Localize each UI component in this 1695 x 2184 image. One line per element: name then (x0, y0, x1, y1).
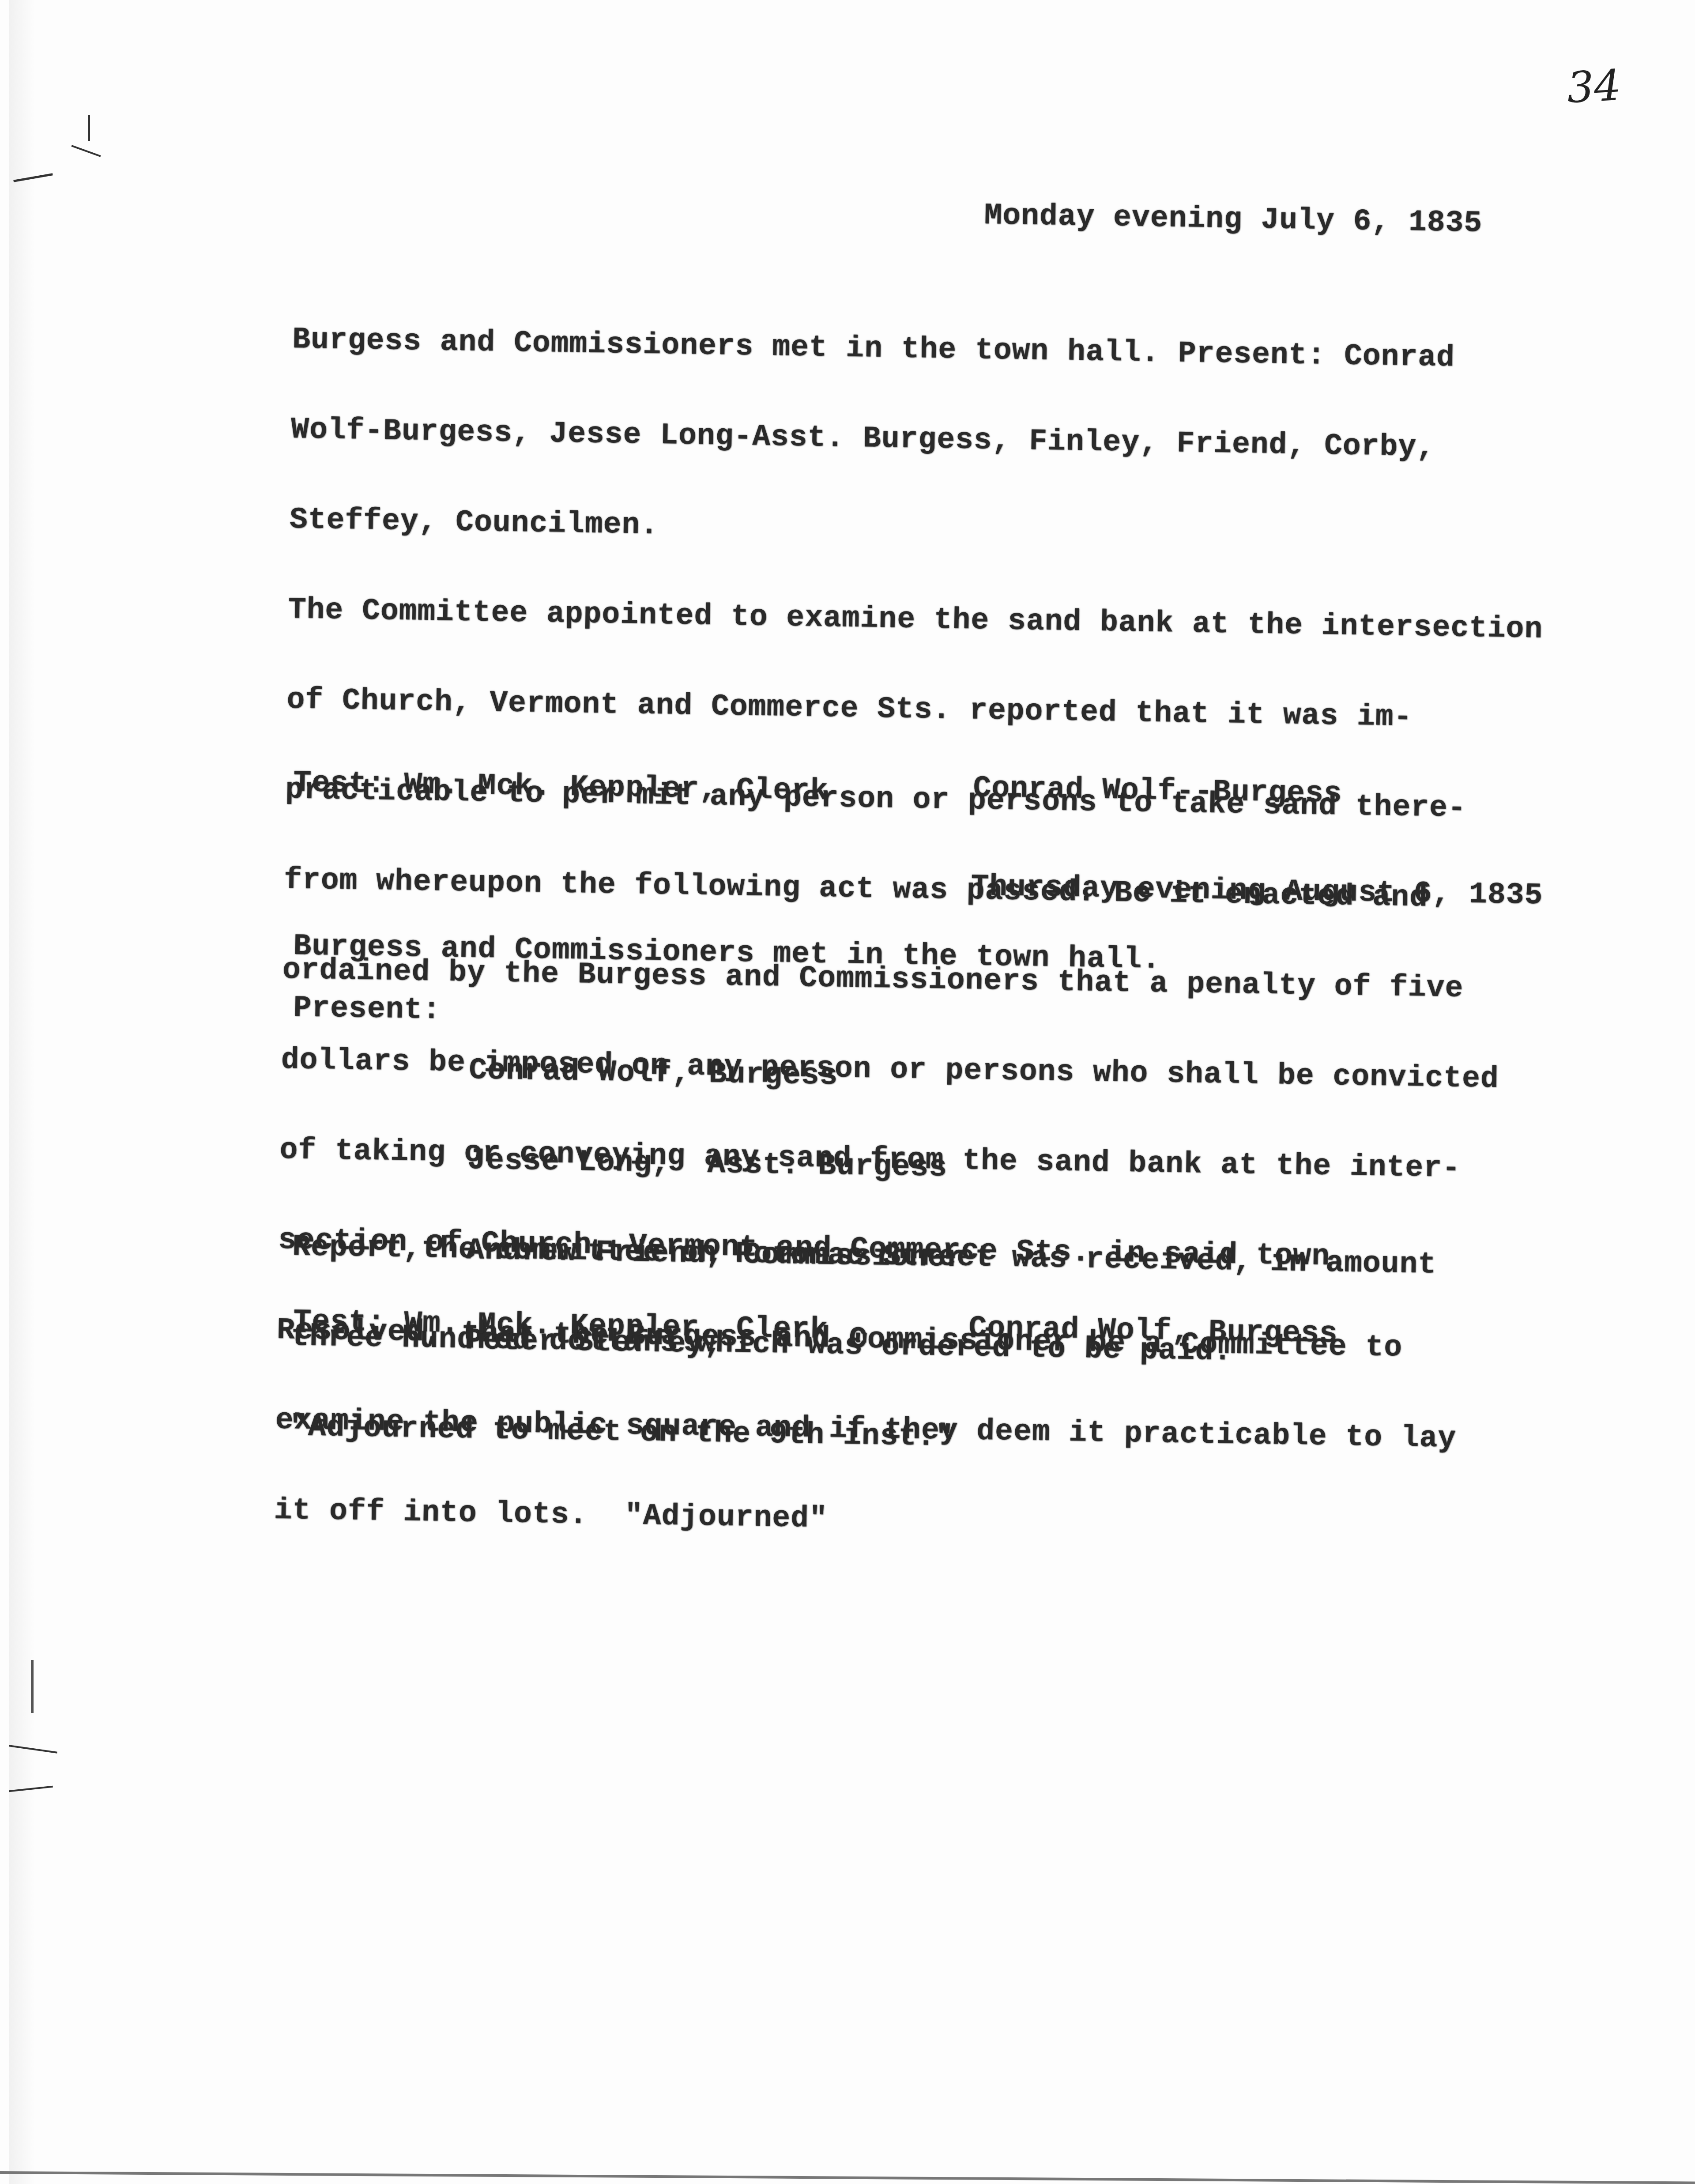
entry-2-present-label: Present: (293, 993, 441, 1026)
scan-bottom-edge-line (0, 2171, 1695, 2184)
entry-1-date: Monday evening July 6, 1835 (984, 201, 1483, 239)
entry-1-line: Wolf-Burgess, Jesse Long-Asst. Burgess, … (291, 415, 1546, 465)
entry-2-line: "Adjourned to meet on the 9th inst." (289, 1412, 1434, 1460)
entry-1-line: Burgess and Commissioners met in the tow… (292, 325, 1548, 375)
document-page: 34 Monday evening July 6, 1835 Burgess a… (0, 0, 1695, 2184)
entry-1-line: The Committee appointed to examine the s… (288, 595, 1543, 645)
entry-2-signature: Conrad Wolf, Burgess (968, 1313, 1338, 1349)
entry-1-line: Steffey, Councilmen. (289, 505, 1544, 555)
entry-1-attest: Test: Wm. Mck. Keppler, Clerk (293, 768, 829, 807)
entry-2-attest: Test: Wm. Mck. Keppler, Clerk (293, 1307, 829, 1345)
entry-1-signature: Conrad Wolf--Burgess (973, 773, 1342, 809)
scan-edge-shading (9, 0, 35, 2184)
attendee: Conrad Wolf, Burgess (469, 1056, 968, 1094)
entry-2-line: Report,the committee on Potomac Street w… (292, 1232, 1437, 1280)
margin-mark (31, 1660, 34, 1713)
handwritten-page-number: 34 (1566, 60, 1622, 113)
margin-mark (71, 145, 101, 157)
margin-mark (88, 115, 90, 141)
entry-1-line: of Church, Vermont and Commerce Sts. rep… (286, 685, 1542, 735)
